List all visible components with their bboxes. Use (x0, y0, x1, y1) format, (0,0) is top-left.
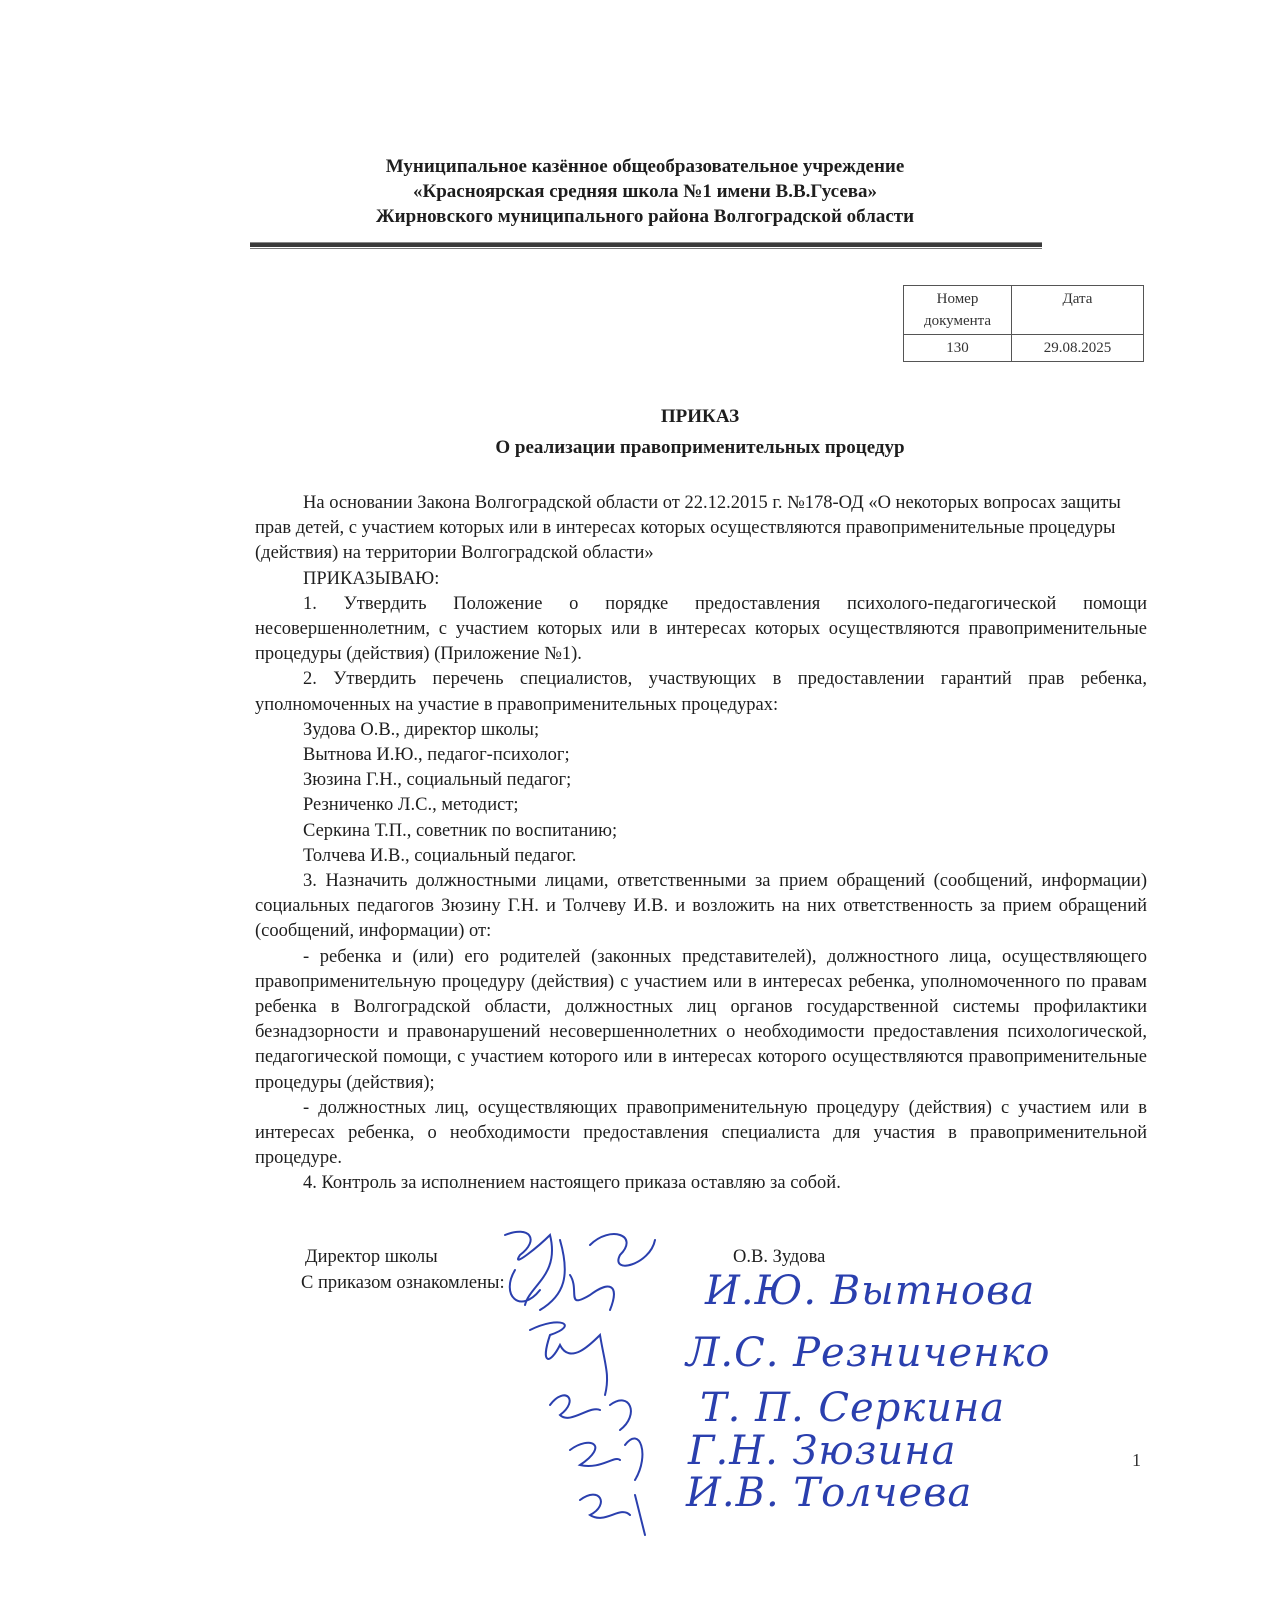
handwritten-name: И.Ю. Вытнова (705, 1268, 1035, 1314)
preamble: На основании Закона Волгоградской област… (255, 491, 1147, 567)
doc-number-header: Номер документа (904, 286, 1012, 335)
specialist-item: Серкина Т.П., советник по воспитанию; (255, 819, 1147, 844)
organization-name-line2: «Красноярская средняя школа №1 имени В.В… (250, 180, 1040, 204)
specialist-item: Вытнова И.Ю., педагог-психолог; (255, 743, 1147, 768)
doc-number-value: 130 (904, 335, 1012, 362)
doc-number-header-l1: Номер (937, 291, 979, 307)
organization-name-line3: Жирновского муниципального района Волгог… (250, 205, 1040, 229)
document-title: ПРИКАЗ (250, 406, 1150, 428)
doc-date-header: Дата (1012, 286, 1144, 335)
order-item-4: 4. Контроль за исполнением настоящего пр… (255, 1171, 1147, 1196)
specialist-item: Зудова О.В., директор школы; (255, 718, 1147, 743)
handwritten-name: Т. П. Серкина (700, 1385, 1005, 1431)
signer-position: Директор школы (305, 1247, 438, 1268)
order-item-3-sub2: - должностных лиц, осуществляющих правоп… (255, 1096, 1147, 1172)
document-body: На основании Закона Волгоградской област… (255, 491, 1147, 1197)
order-item-3: 3. Назначить должностными лицами, ответс… (255, 869, 1147, 945)
handwritten-name: И.В. Толчева (686, 1470, 972, 1516)
doc-number-header-l2: документа (924, 313, 991, 329)
order-item-2: 2. Утвердить перечень специалистов, учас… (255, 667, 1147, 717)
signer-name: О.В. Зудова (733, 1247, 825, 1268)
specialist-item: Резниченко Л.С., методист; (255, 793, 1147, 818)
page-number: 1 (1132, 1450, 1141, 1471)
specialist-item: Зюзина Г.Н., социальный педагог; (255, 768, 1147, 793)
handwritten-signatures-icon (470, 1215, 700, 1555)
order-word: ПРИКАЗЫВАЮ: (255, 567, 1147, 592)
order-item-3-sub1: - ребенка и (или) его родителей (законны… (255, 945, 1147, 1096)
order-item-1: 1. Утвердить Положение о порядке предост… (255, 592, 1147, 668)
organization-name-line1: Муниципальное казённое общеобразовательн… (250, 155, 1040, 179)
handwritten-name: Г.Н. Зюзина (688, 1428, 956, 1474)
handwritten-name: Л.С. Резниченко (686, 1330, 1051, 1376)
document-meta-table: Номер документа Дата 130 29.08.2025 (903, 285, 1144, 362)
doc-date-value: 29.08.2025 (1012, 335, 1144, 362)
header-divider (250, 242, 1042, 247)
document-subtitle: О реализации правоприменительных процеду… (250, 437, 1150, 459)
specialist-item: Толчева И.В., социальный педагог. (255, 844, 1147, 869)
header-divider-thin (250, 248, 1042, 249)
